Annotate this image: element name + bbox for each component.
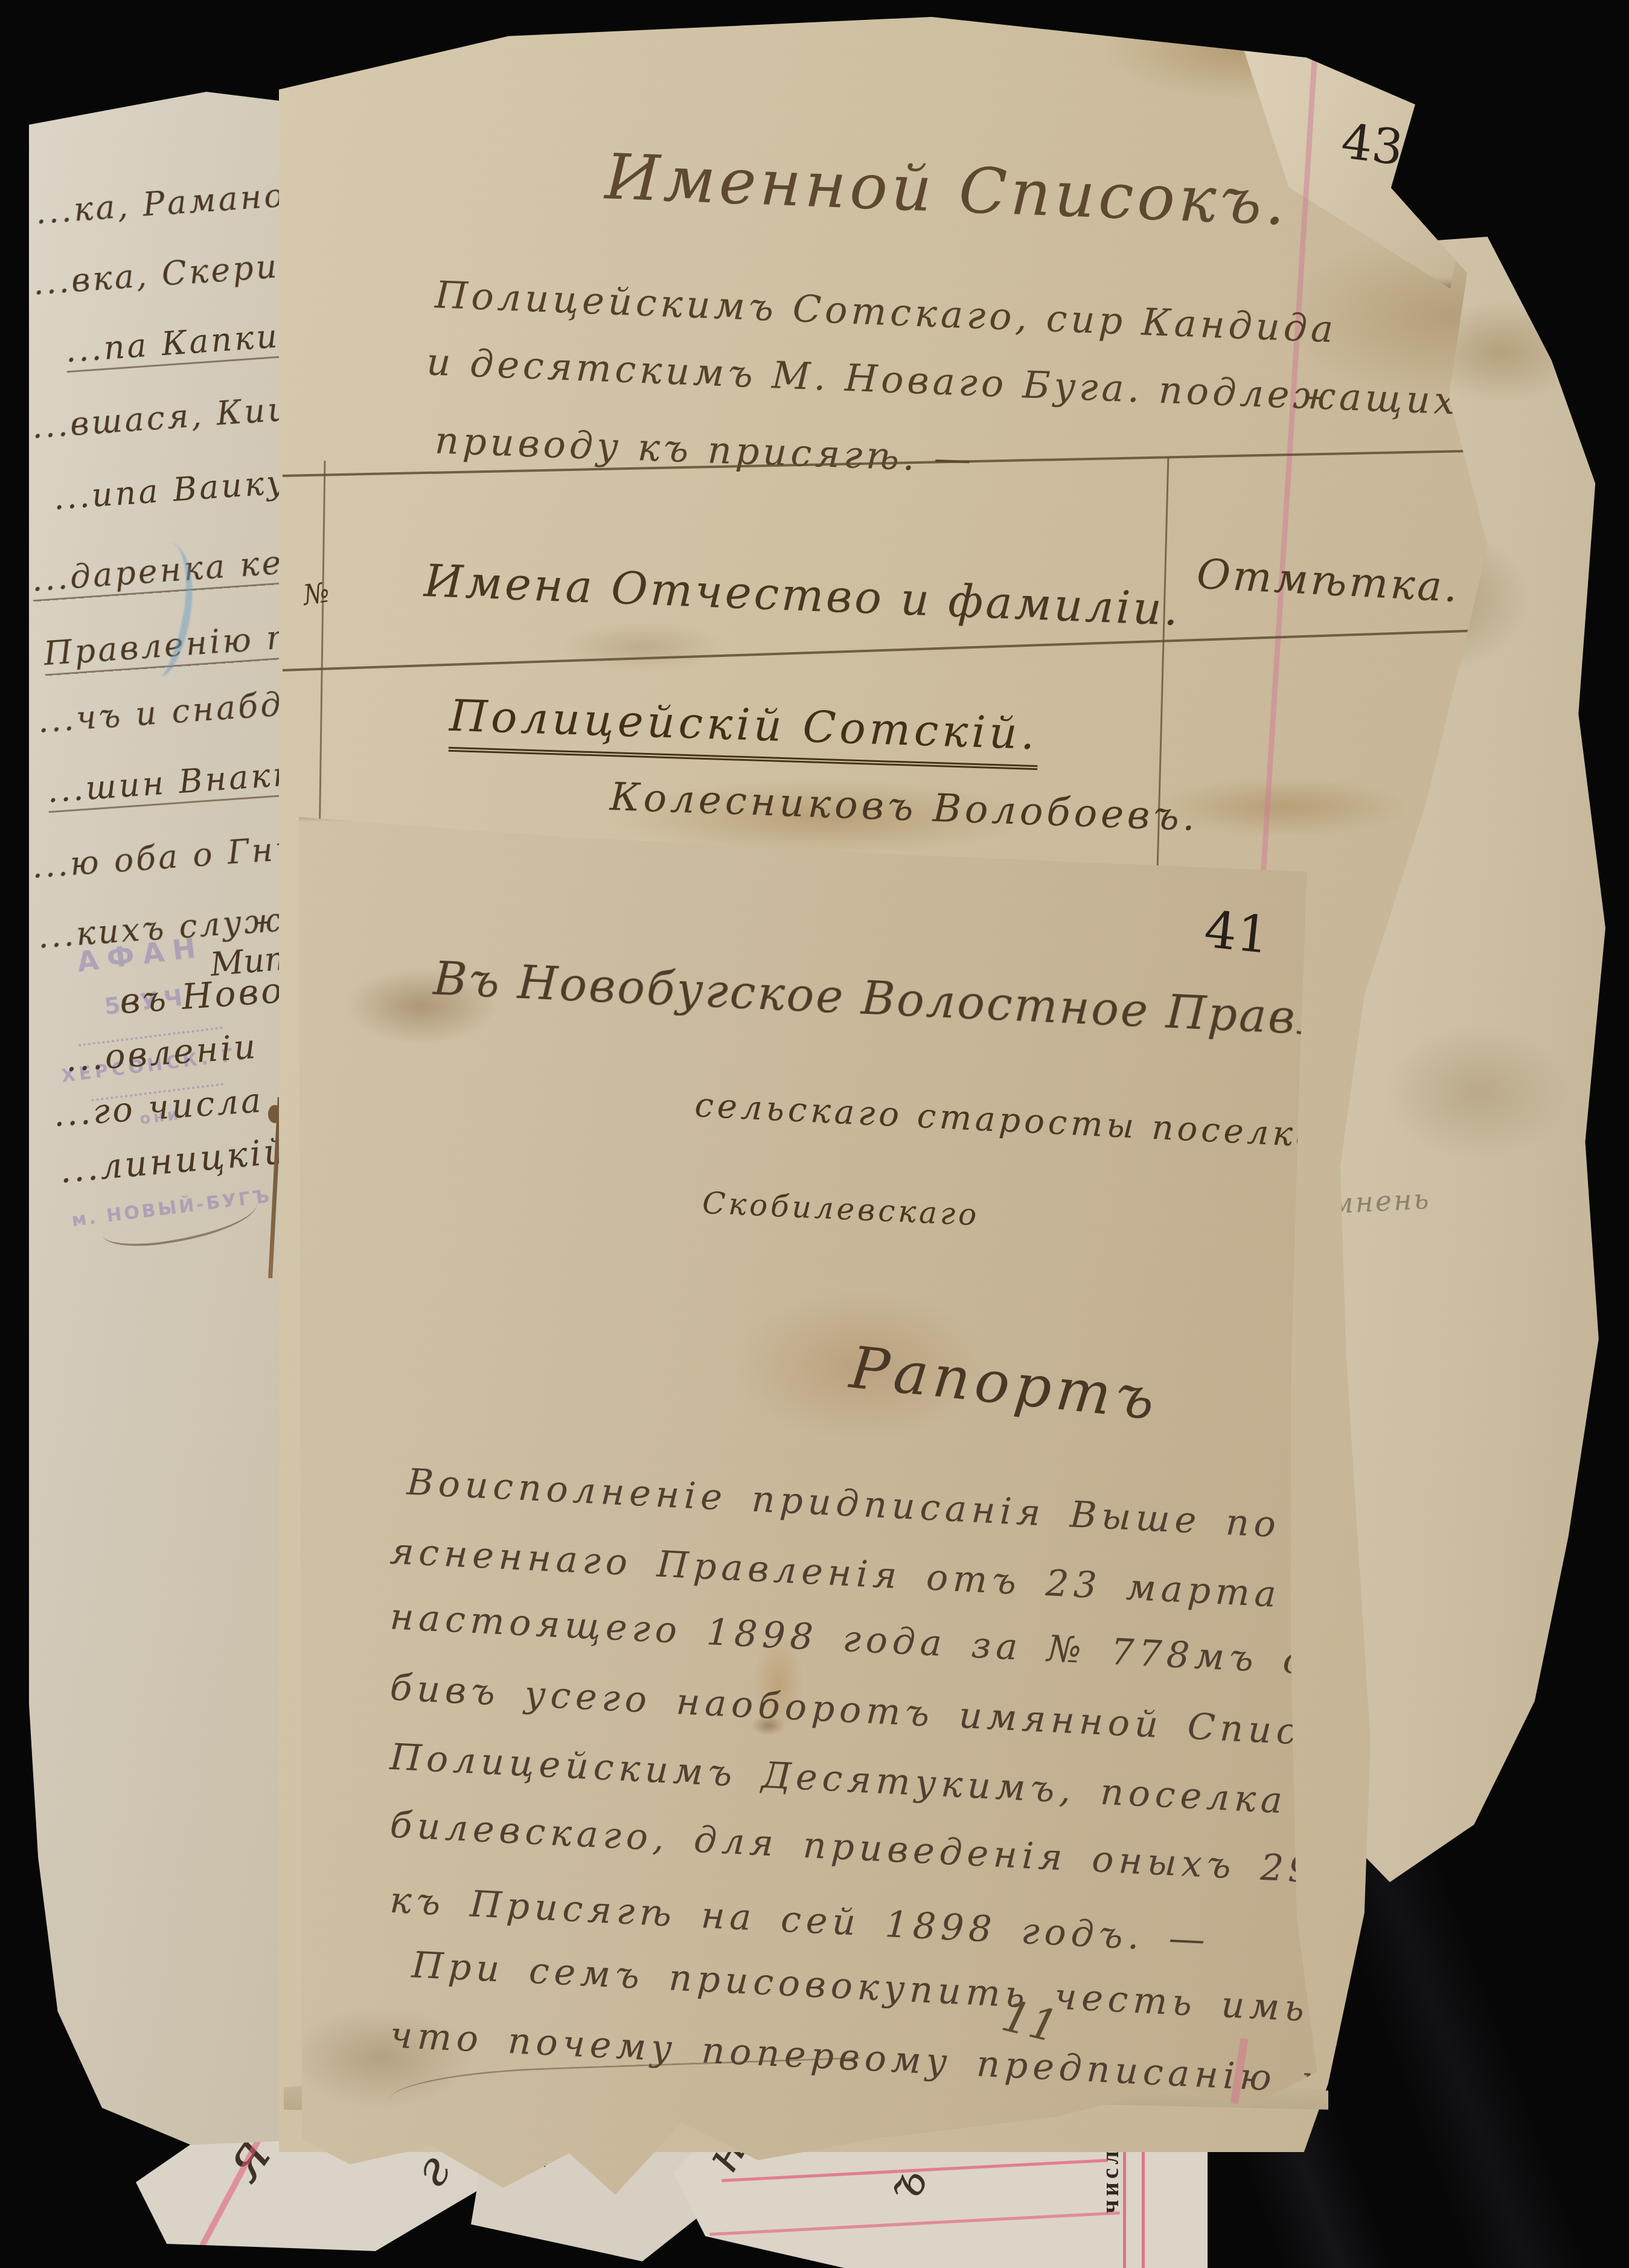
page-number: 41 — [1202, 900, 1272, 966]
handwriting-fragment: ъ — [874, 2155, 939, 2212]
body-line: При семъ присовокупить честь имьемъ, — [411, 1944, 1416, 2035]
section-heading: Полицейскій Сотскій. — [449, 690, 1039, 770]
sender-line: Скобилевскаго — [702, 1185, 981, 1232]
table-col-header-mark: Отмѣтка. — [1195, 551, 1461, 612]
handwriting-line: ...чъ и снабди — [36, 684, 307, 740]
subtitle-line: и десятскимъ М. Новаго Буга. подлежащихъ — [426, 339, 1488, 424]
rapport-heading: Рапортъ — [847, 1333, 1163, 1433]
handwriting-line: ...шин Внакн — [46, 755, 298, 813]
table-header-rule — [283, 629, 1483, 671]
sender-line: сельскаго старосты поселка — [694, 1086, 1321, 1156]
left-strip-page: АФАН 5 УЧ ХЕРСОНСК. Г. они м. НОВЫЙ-БУГЪ… — [29, 92, 290, 2145]
addressee-line: Въ Новобугское Волостное Правленіе — [432, 951, 1435, 1050]
red-rule-line — [709, 2211, 1119, 2236]
table-number-column-rule — [319, 461, 326, 847]
body-line: Воисполненіе придписанія Выше по — [406, 1461, 1281, 1546]
page-number: 43 — [1339, 113, 1406, 176]
handwriting-line: ...ипа Ваику — [52, 463, 289, 517]
table-number-symbol: № — [301, 575, 331, 612]
table-row-name: Колесниковъ Волобоевъ. — [609, 775, 1199, 840]
rapport-page: 41 Въ Новобугское Волостное Правленіе се… — [299, 812, 1319, 2196]
subtitle-line: Полицейскимъ Сотскаго, сир Кандида — [434, 272, 1337, 351]
document-title: Именной Списокъ. — [604, 139, 1290, 239]
archive-photo: я б г ю д н е ъ 2510 числа помнень АФАН — [0, 0, 1629, 2268]
handwriting-line: ...па Капки — [64, 317, 281, 373]
table-col-header-names: Имена Отчество и фамиліи. — [423, 555, 1182, 636]
